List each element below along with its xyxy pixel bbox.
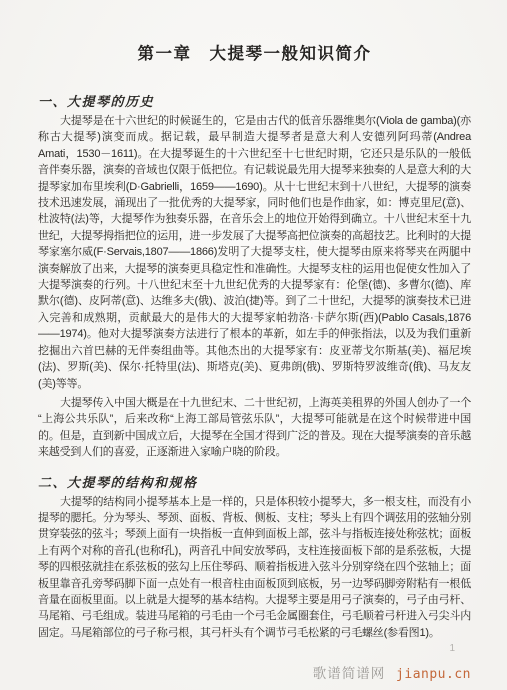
section-structure-heading: 二、大提琴的结构和规格 (38, 475, 471, 491)
section-history: 一、大提琴的历史 大提琴是在十六世纪的时候诞生的，它是由古代的低音乐器维奥尔(V… (38, 94, 471, 461)
structure-paragraph-1: 大提琴的结构同小提琴基本上是一样的，只是体积较小提琴大，多一根支柱，而没有小提琴… (38, 494, 471, 642)
watermark-site-url: jianpu.cn (396, 667, 471, 682)
chapter-title: 第一章 大提琴一般知识简介 (38, 0, 471, 64)
section-structure: 二、大提琴的结构和规格 大提琴的结构同小提琴基本上是一样的，只是体积较小提琴大，… (38, 475, 471, 642)
history-paragraph-1: 大提琴是在十六世纪的时候诞生的，它是由古代的低音乐器维奥尔(Viola de g… (38, 113, 471, 392)
watermark: 歌谱简谱网 jianpu.cn (313, 662, 471, 682)
section-history-heading: 一、大提琴的历史 (38, 94, 471, 110)
history-paragraph-2: 大提琴传入中国大概是在十九世纪末、二十世纪初，上海英美租界的外国人创办了一个“上… (38, 395, 471, 461)
watermark-site-name: 歌谱简谱网 (313, 666, 386, 681)
page-number: 1 (449, 644, 455, 654)
book-page: 第一章 大提琴一般知识简介 一、大提琴的历史 大提琴是在十六世纪的时候诞生的，它… (0, 0, 507, 690)
